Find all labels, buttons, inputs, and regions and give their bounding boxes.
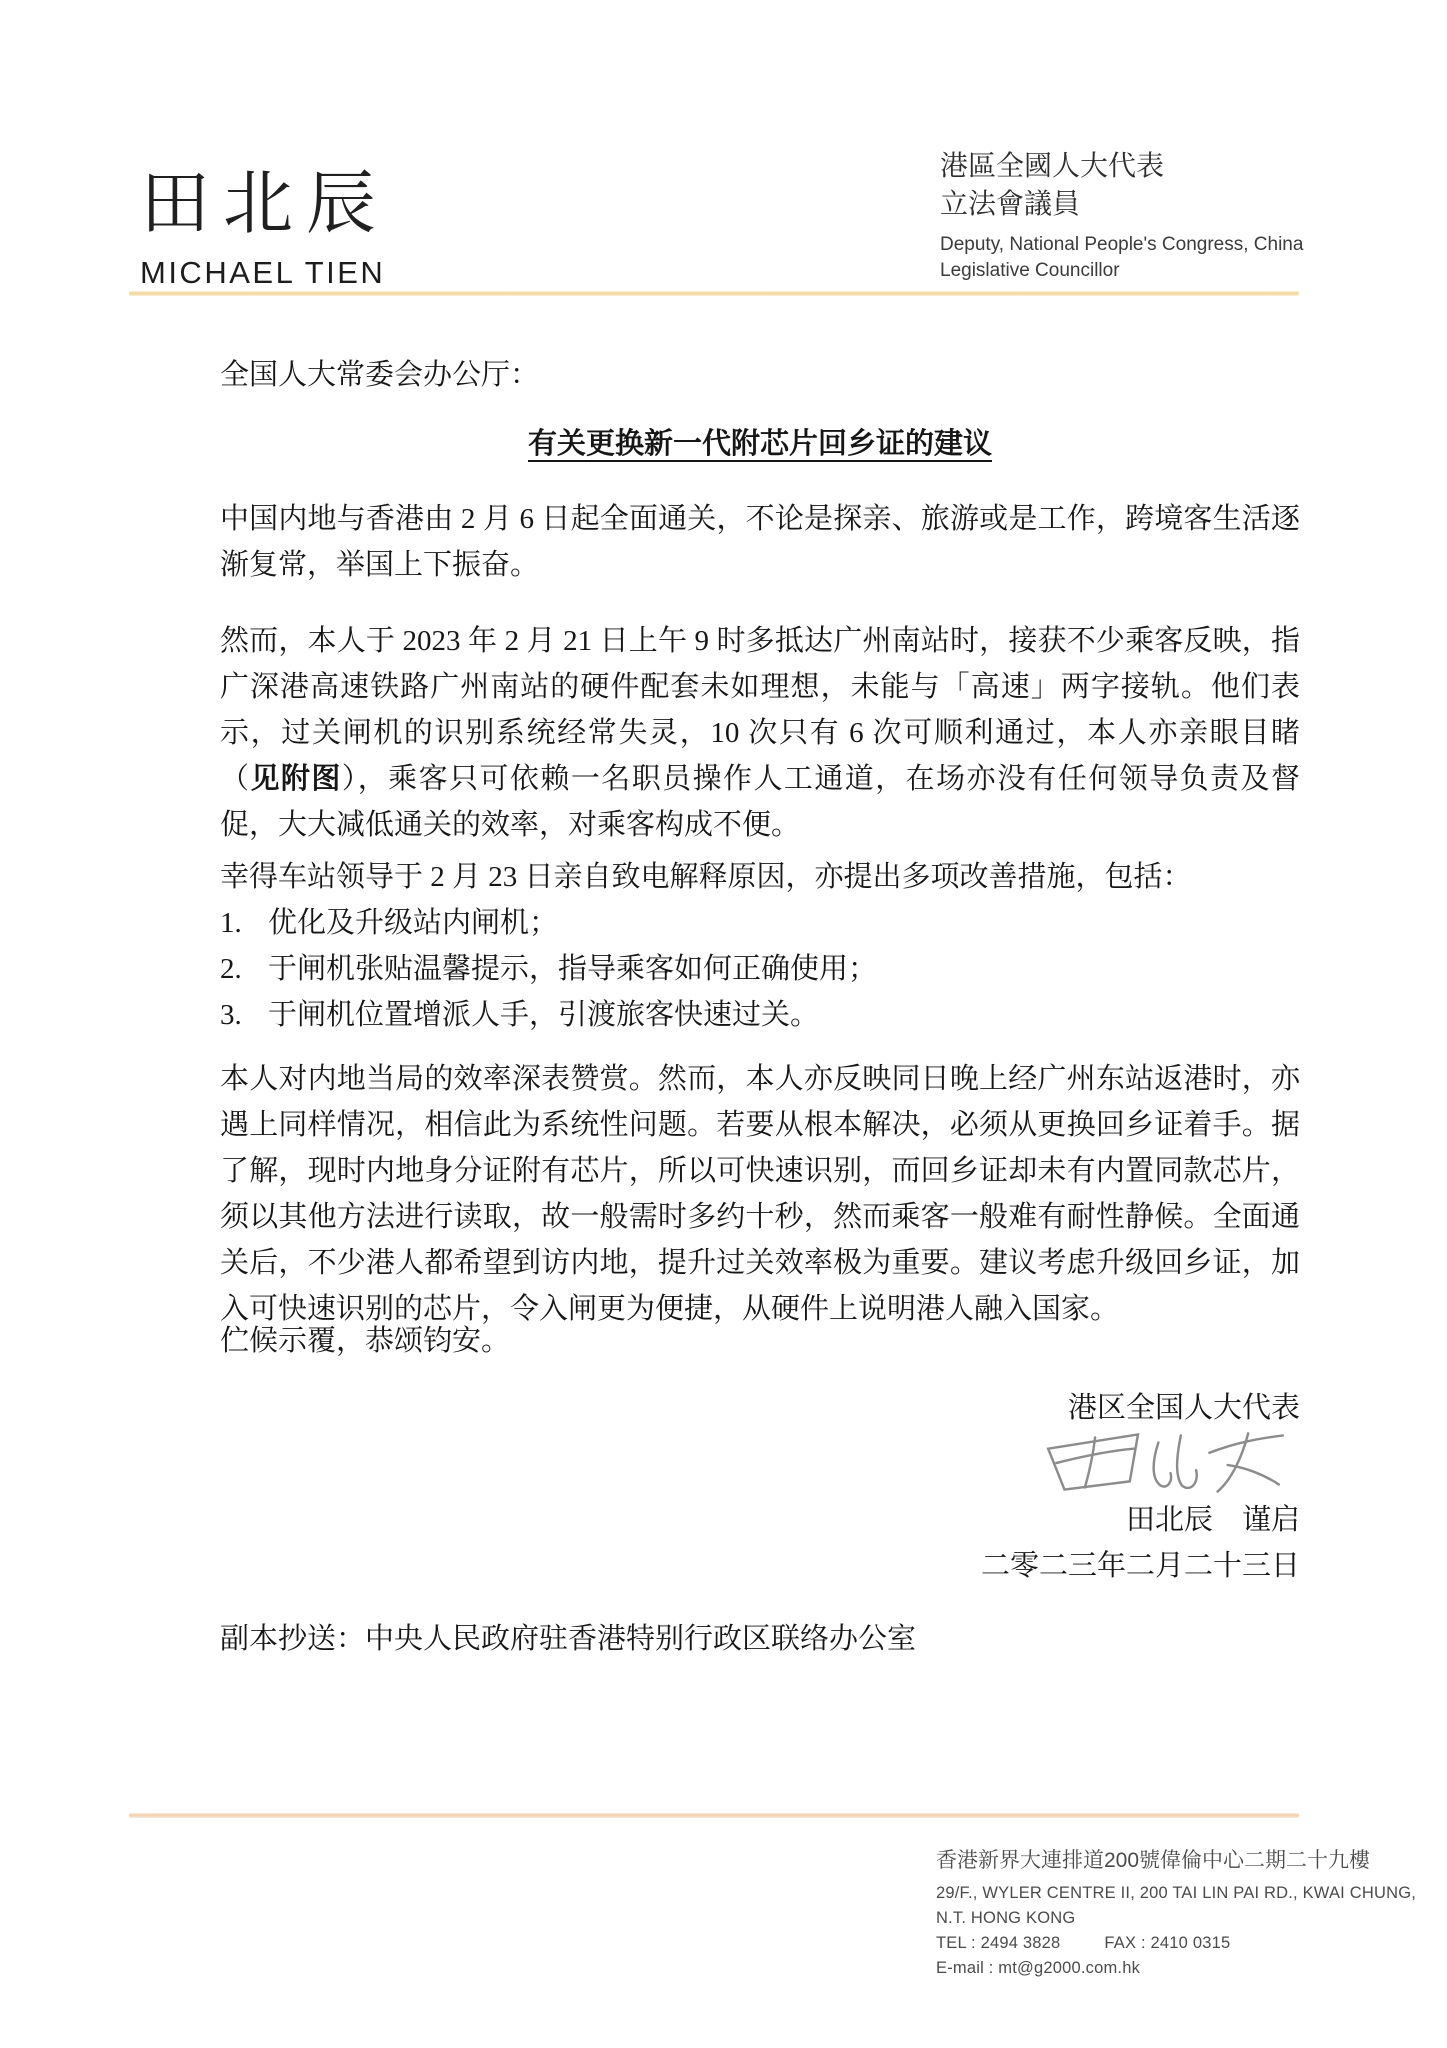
logo-english-name: MICHAEL TIEN	[140, 255, 389, 291]
list-item-number: 1.	[220, 900, 268, 946]
list-item-text: 于闸机张贴温馨提示，指导乘客如何正确使用；	[268, 946, 877, 992]
logo-chinese-name: 田北辰	[140, 168, 389, 238]
letterhead-titles: 港區全國人大代表 立法會議員 Deputy, National People's…	[940, 147, 1303, 284]
title-npc-deputy-cn: 港區全國人大代表	[940, 147, 1303, 185]
closing-line: 伫候示覆，恭颂钧安。	[220, 1318, 1300, 1364]
footer-tel: TEL : 2494 3828	[936, 1931, 1060, 1956]
list-item-text: 于闸机位置增派人手，引渡旅客快速过关。	[268, 992, 819, 1038]
footer-contact-block: 香港新界大連排道200號偉倫中心二期二十九樓 29/F., WYLER CENT…	[936, 1846, 1416, 1981]
paragraph-2: 然而，本人于 2023 年 2 月 21 日上午 9 时多抵达广州南站时，接获不…	[220, 618, 1300, 848]
cc-line: 副本抄送：中央人民政府驻香港特别行政区联络办公室	[220, 1616, 1300, 1662]
footer-fax: FAX : 2410 0315	[1104, 1931, 1230, 1956]
letter-subject-title: 有关更换新一代附芯片回乡证的建议	[220, 421, 1300, 467]
list-item-number: 3.	[220, 992, 268, 1038]
paragraph-3-measures: 幸得车站领导于 2 月 23 日亲自致电解释原因，亦提出多项改善措施，包括： 1…	[220, 854, 1300, 1038]
measures-intro: 幸得车站领导于 2 月 23 日亲自致电解释原因，亦提出多项改善措施，包括：	[220, 854, 1300, 900]
footer-address-english-line2: N.T. HONG KONG	[936, 1906, 1416, 1931]
signer-name: 田北辰 谨启	[220, 1497, 1300, 1543]
title-npc-deputy-en: Deputy, National People's Congress, Chin…	[940, 232, 1303, 258]
signature-image	[220, 1427, 1290, 1499]
footer-address-chinese: 香港新界大連排道200號偉倫中心二期二十九樓	[936, 1846, 1416, 1876]
header-divider-rule	[129, 291, 1299, 296]
list-item: 1. 优化及升级站内闸机；	[220, 900, 1300, 946]
letterhead-logo: 田北辰 MICHAEL TIEN	[140, 168, 389, 291]
footer-email: E-mail : mt@g2000.com.hk	[936, 1956, 1416, 1981]
list-item-number: 2.	[220, 946, 268, 992]
footer-divider-rule	[129, 1813, 1299, 1818]
signature-date: 二零二三年二月二十三日	[220, 1543, 1300, 1589]
recipient-line: 全国人大常委会办公厅：	[220, 352, 1300, 398]
footer-address-english-line1: 29/F., WYLER CENTRE II, 200 TAI LIN PAI …	[936, 1881, 1416, 1906]
paragraph-4: 本人对内地当局的效率深表赞赏。然而，本人亦反映同日晚上经广州东站返港时，亦遇上同…	[220, 1056, 1300, 1332]
title-legco-member-en: Legislative Councillor	[940, 258, 1303, 284]
paragraph-1: 中国内地与香港由 2 月 6 日起全面通关，不论是探亲、旅游或是工作，跨境客生活…	[220, 496, 1300, 588]
paragraph-2-text-after: ），乘客只可依赖一名职员操作人工通道，在场亦没有任何领导负责及督促，大大减低通关…	[220, 763, 1300, 841]
list-item-text: 优化及升级站内闸机；	[268, 900, 558, 946]
list-item: 3. 于闸机位置增派人手，引渡旅客快速过关。	[220, 992, 1300, 1038]
title-legco-member-cn: 立法會議員	[940, 185, 1303, 223]
signature-block: 港区全国人大代表 田北辰 谨启 二零二三年二月二十三日	[220, 1385, 1300, 1589]
list-item: 2. 于闸机张贴温馨提示，指导乘客如何正确使用；	[220, 946, 1300, 992]
paragraph-2-bold-see-attached: 见附图	[250, 763, 341, 795]
